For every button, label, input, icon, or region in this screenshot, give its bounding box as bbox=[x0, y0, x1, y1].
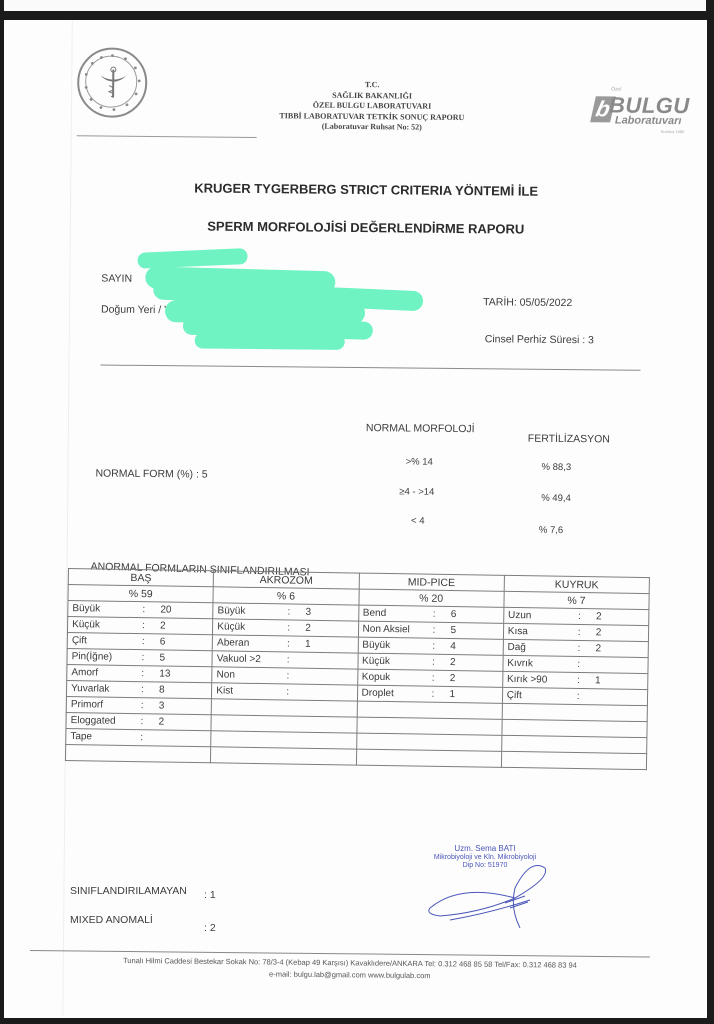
item-label: Bend bbox=[363, 608, 433, 620]
item-label: Eloggated bbox=[71, 715, 141, 727]
fert-rate: % 49,4 bbox=[541, 493, 571, 504]
bulgu-lab-logo: Özel b BULGU Laboratuvarı Kuruluş 1986 bbox=[589, 84, 700, 145]
item-value: 1 bbox=[595, 675, 615, 686]
item-value: 5 bbox=[160, 652, 180, 663]
item-separator: : bbox=[140, 732, 158, 743]
item-label: Amorf bbox=[71, 667, 141, 679]
fertilization-header: FERTİLİZASYON bbox=[528, 433, 610, 446]
item-separator: : bbox=[431, 689, 449, 700]
item-value: 6 bbox=[451, 609, 471, 620]
item-label: Büyük bbox=[72, 603, 142, 615]
item-separator: : bbox=[578, 627, 596, 638]
redaction-mark bbox=[137, 248, 248, 269]
item-value: 4 bbox=[450, 641, 470, 652]
report-date: TARİH: 05/05/2022 bbox=[483, 296, 572, 309]
item-separator: : bbox=[287, 622, 305, 633]
ministry-seal-icon bbox=[77, 47, 148, 118]
item-value: 5 bbox=[450, 625, 470, 636]
item-value bbox=[304, 671, 324, 682]
unclassified-label: SINIFLANDIRILAMAYAN bbox=[70, 885, 187, 897]
item-value: 2 bbox=[159, 716, 179, 727]
lab-report-page: T.C. SAĞLIK BAKANLIĞI ÖZEL BULGU LABORAT… bbox=[4, 20, 707, 1018]
item-separator: : bbox=[577, 675, 595, 686]
abnormal-forms-table: BAŞAKROZOMMID-PICEKUYRUK% 59% 6% 20% 7Bü… bbox=[65, 568, 650, 770]
paper-fold bbox=[62, 20, 73, 1015]
item-separator: : bbox=[432, 641, 450, 652]
item-value: 2 bbox=[596, 611, 616, 622]
item-label: Kırık >90 bbox=[507, 674, 577, 686]
previous-page-edge bbox=[4, 0, 706, 11]
item-label: Droplet bbox=[361, 688, 431, 700]
item-label: Çift bbox=[507, 690, 577, 702]
item-label: Yuvarlak bbox=[71, 683, 141, 695]
item-separator: : bbox=[432, 657, 450, 668]
section-divider bbox=[101, 365, 641, 371]
signature-icon bbox=[420, 858, 560, 938]
item-separator: : bbox=[141, 684, 159, 695]
mixed-anomaly-value: : 2 bbox=[204, 922, 216, 934]
item-separator: : bbox=[432, 625, 450, 636]
normal-morphology-header: NORMAL MORFOLOJİ bbox=[366, 422, 475, 435]
item-separator: : bbox=[142, 636, 160, 647]
item-value: 20 bbox=[160, 604, 180, 615]
mixed-anomaly-label: MIXED ANOMALİ bbox=[70, 914, 153, 926]
abstinence-period: Cinsel Perhiz Süresi : 3 bbox=[485, 333, 594, 346]
item-value: 6 bbox=[160, 636, 180, 647]
item-separator: : bbox=[141, 700, 159, 711]
item-value bbox=[158, 732, 178, 743]
item-separator: : bbox=[286, 686, 304, 697]
item-label: Çift bbox=[72, 635, 142, 647]
item-value: 2 bbox=[160, 620, 180, 631]
patient-name-label: SAYIN bbox=[101, 273, 132, 285]
item-separator: : bbox=[578, 611, 596, 622]
item-label: Küçük bbox=[362, 656, 432, 668]
item-value: 3 bbox=[305, 607, 325, 618]
item-separator: : bbox=[141, 668, 159, 679]
item-label: Kist bbox=[216, 685, 286, 697]
item-value: 2 bbox=[305, 623, 325, 634]
fert-rate: % 88,3 bbox=[541, 462, 571, 473]
table-cell bbox=[501, 751, 646, 769]
item-value: 3 bbox=[159, 700, 179, 711]
birth-place-label: Doğum Yeri / Yı bbox=[101, 304, 174, 317]
item-label: Kıvrık bbox=[507, 658, 577, 670]
header-rule bbox=[77, 135, 257, 138]
item-separator: : bbox=[141, 716, 159, 727]
item-separator: : bbox=[142, 620, 160, 631]
item-label: Küçük bbox=[72, 619, 142, 631]
item-separator: : bbox=[142, 652, 160, 663]
item-value: 2 bbox=[596, 627, 616, 638]
item-label: Tape bbox=[70, 731, 140, 743]
item-separator: : bbox=[432, 673, 450, 684]
item-separator: : bbox=[433, 609, 451, 620]
item-value: 2 bbox=[450, 673, 470, 684]
item-label: Vakuol >2 bbox=[217, 653, 287, 665]
table-cell bbox=[65, 744, 210, 762]
item-separator: : bbox=[577, 659, 595, 670]
item-label: Primorf bbox=[71, 699, 141, 711]
item-label: Büyük bbox=[218, 605, 288, 617]
item-label: Uzun bbox=[508, 610, 578, 622]
item-value: 1 bbox=[449, 689, 469, 700]
morph-range: >% 14 bbox=[406, 456, 433, 467]
report-title-line-2: SPERM MORFOLOJİSİ DEĞERLENDİRME RAPORU bbox=[126, 218, 606, 238]
item-label: Aberan bbox=[217, 637, 287, 649]
item-value: 1 bbox=[305, 639, 325, 650]
item-separator: : bbox=[287, 638, 305, 649]
morph-range: ≥4 - >14 bbox=[399, 486, 434, 497]
item-value bbox=[595, 659, 615, 670]
item-value bbox=[595, 691, 615, 702]
item-value bbox=[304, 687, 324, 698]
header-line: (Laboratuvar Ruhsat No: 52) bbox=[207, 121, 537, 135]
item-label: Non Aksiel bbox=[362, 624, 432, 636]
item-separator: : bbox=[142, 604, 160, 615]
ministry-header: T.C. SAĞLIK BAKANLIĞI ÖZEL BULGU LABORAT… bbox=[207, 79, 537, 135]
item-value: 8 bbox=[159, 684, 179, 695]
item-label: Non bbox=[217, 669, 287, 681]
redaction-mark bbox=[195, 332, 345, 349]
item-separator: : bbox=[287, 654, 305, 665]
report-title-line-1: KRUGER TYGERBERG STRICT CRITERIA YÖNTEMİ… bbox=[126, 180, 606, 200]
item-separator: : bbox=[288, 606, 306, 617]
item-value: 2 bbox=[450, 657, 470, 668]
item-label: Kopuk bbox=[362, 672, 432, 684]
item-value: 2 bbox=[595, 643, 615, 654]
item-value: 13 bbox=[159, 668, 179, 679]
item-label: Küçük bbox=[217, 621, 287, 633]
morph-range: < 4 bbox=[411, 516, 425, 527]
unclassified-value: : 1 bbox=[204, 889, 216, 901]
table-cell bbox=[356, 749, 501, 767]
item-label: Pin(İğne) bbox=[72, 651, 142, 663]
item-label: Dağ bbox=[507, 642, 577, 654]
fert-rate: % 7,6 bbox=[539, 525, 563, 536]
item-value bbox=[305, 655, 325, 666]
item-label: Büyük bbox=[362, 640, 432, 652]
item-separator: : bbox=[577, 643, 595, 654]
item-separator: : bbox=[577, 691, 595, 702]
item-label: Kısa bbox=[508, 626, 578, 638]
normal-form-value: NORMAL FORM (%) : 5 bbox=[95, 468, 207, 481]
item-separator: : bbox=[286, 670, 304, 681]
table-cell bbox=[211, 747, 356, 765]
